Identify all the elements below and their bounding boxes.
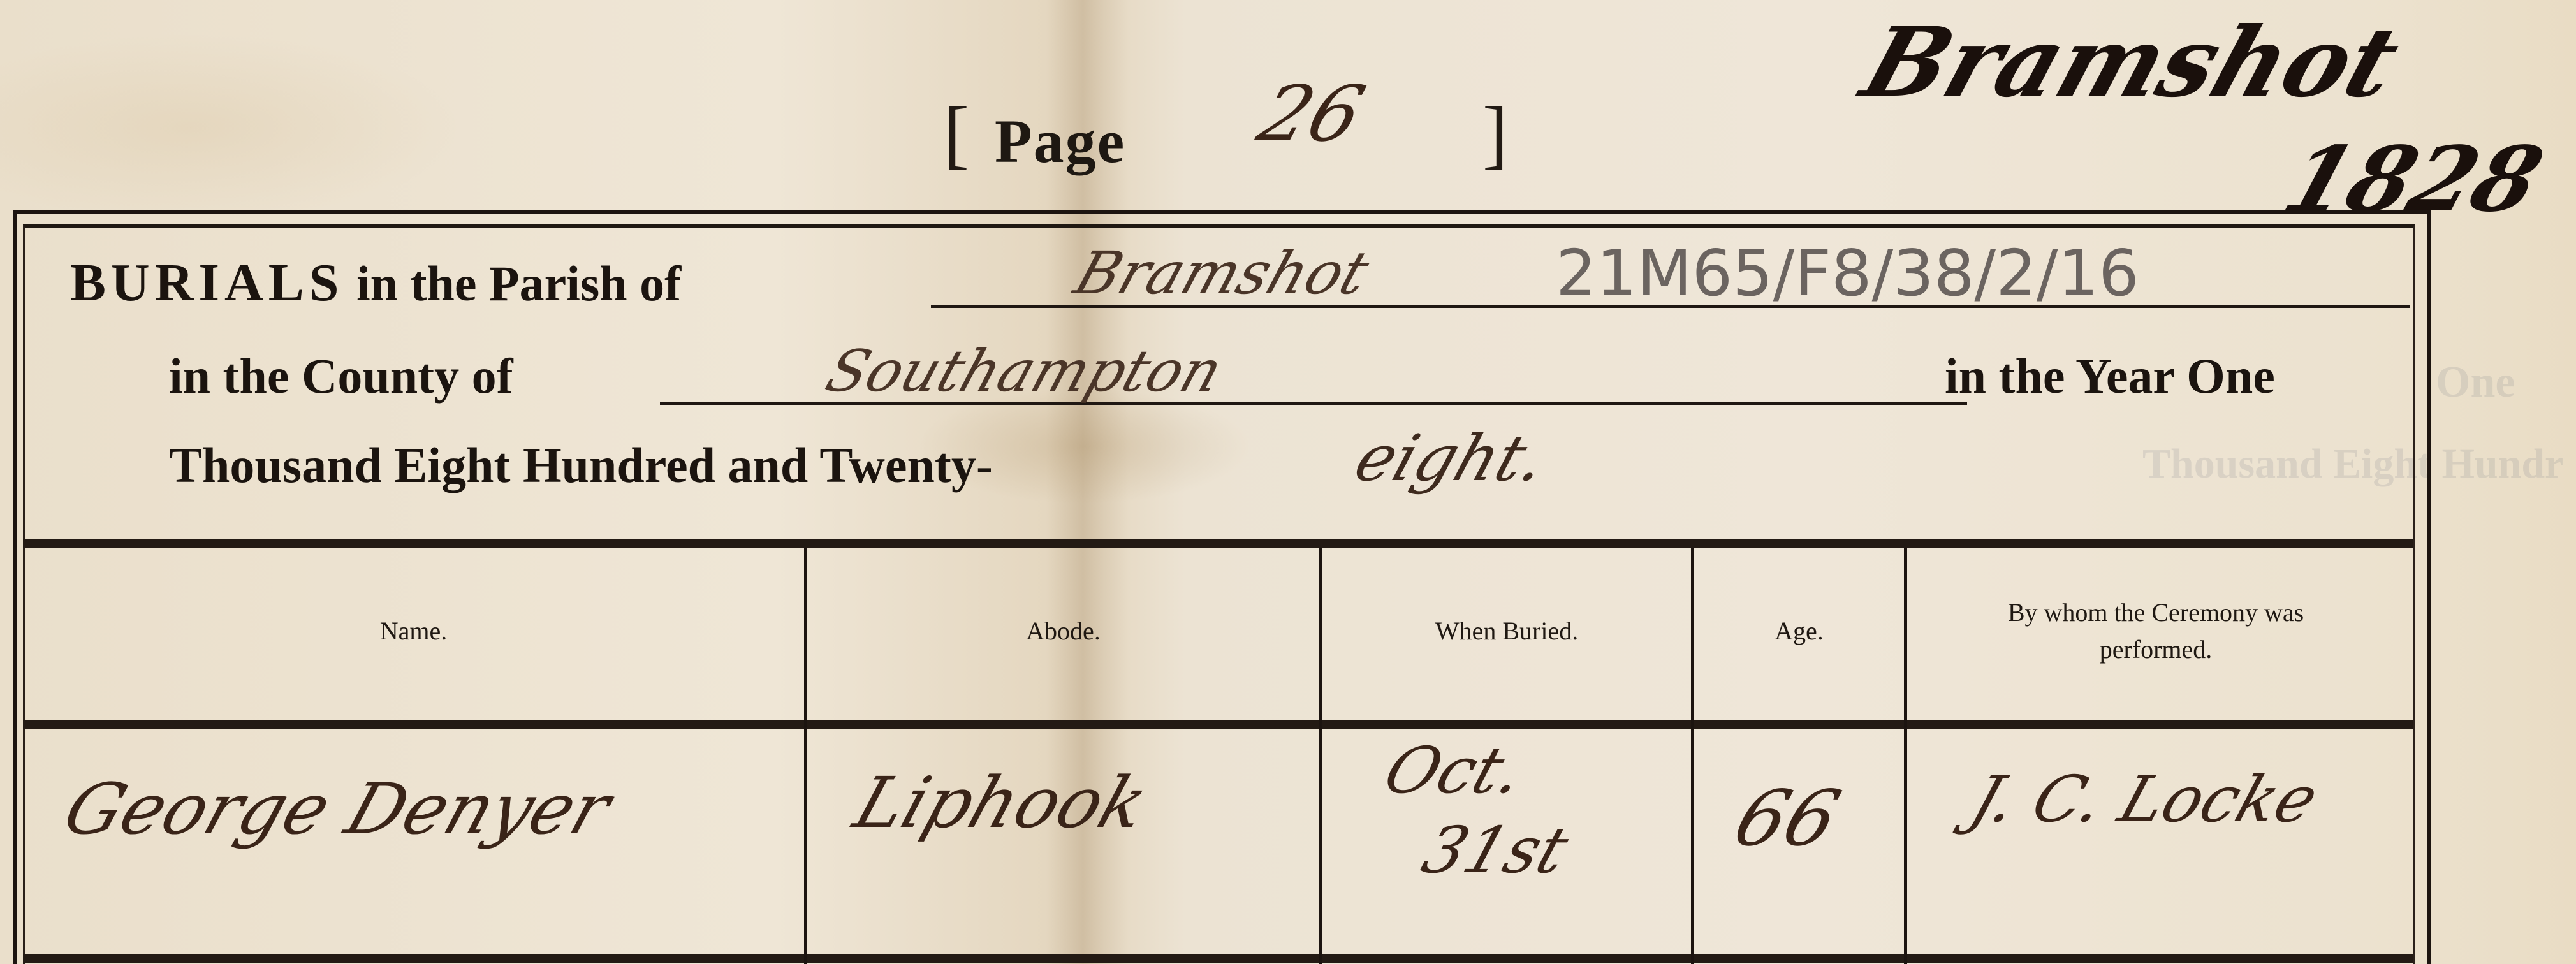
entry-when-buried-day: 31st <box>1414 813 1577 887</box>
title-line-1: BURIALS in the Parish of <box>70 252 681 314</box>
entry-name: George Denyer <box>54 768 620 850</box>
title-line-3: Thousand Eight Hundred and Twenty- <box>169 437 993 494</box>
title-line-2: in the County of <box>169 347 513 405</box>
archive-reference: 21M65/F8/38/2/16 <box>1556 236 2139 310</box>
entry-abode: Liphook <box>845 762 1157 843</box>
column-header-label: Abode. <box>1026 613 1101 650</box>
parish-value: Bramshot <box>1067 239 1377 307</box>
burials-heading: BURIALS <box>70 253 344 312</box>
column-header-officiant: By whom the Ceremony was performed. <box>1907 539 2404 724</box>
year-value: eight. <box>1346 421 1556 495</box>
column-header-age: Age. <box>1694 539 1904 724</box>
entry-when-buried-month: Oct. <box>1375 733 1533 808</box>
column-header-label: Age. <box>1775 613 1824 650</box>
burial-register-table: Name. Abode. When Buried. Age. By whom t… <box>23 539 2413 964</box>
table-row: George Denyer Liphook Oct. 31st 66 J. C.… <box>23 730 2413 954</box>
column-header-label: When Buried. <box>1435 613 1578 650</box>
parish-prefix: in the Parish of <box>356 256 681 311</box>
year-line-text: Thousand Eight Hundred and Twenty- <box>169 437 993 493</box>
page-number: 26 <box>1248 70 1374 159</box>
column-header-when-buried: When Buried. <box>1322 539 1691 724</box>
entry-age: 66 <box>1723 775 1850 863</box>
column-header-label: Name. <box>380 613 448 650</box>
row-bottom-rule <box>23 954 2413 963</box>
column-header-abode: Abode. <box>807 539 1319 724</box>
column-header-label: By whom the Ceremony was performed. <box>1984 594 2328 668</box>
corner-annotation-parish: Bramshot <box>1850 6 2412 119</box>
left-bracket: [ <box>944 96 969 172</box>
entry-officiant: J. C. Locke <box>1962 762 2327 836</box>
year-prefix: in the Year One <box>1945 347 2275 405</box>
bleed-through-text: One <box>2436 357 2515 408</box>
page-label: Page <box>995 106 1125 177</box>
county-value: Southampton <box>818 338 1231 405</box>
column-header-name: Name. <box>23 539 804 724</box>
right-bracket: ] <box>1482 96 1508 172</box>
county-prefix: in the County of <box>169 348 513 404</box>
